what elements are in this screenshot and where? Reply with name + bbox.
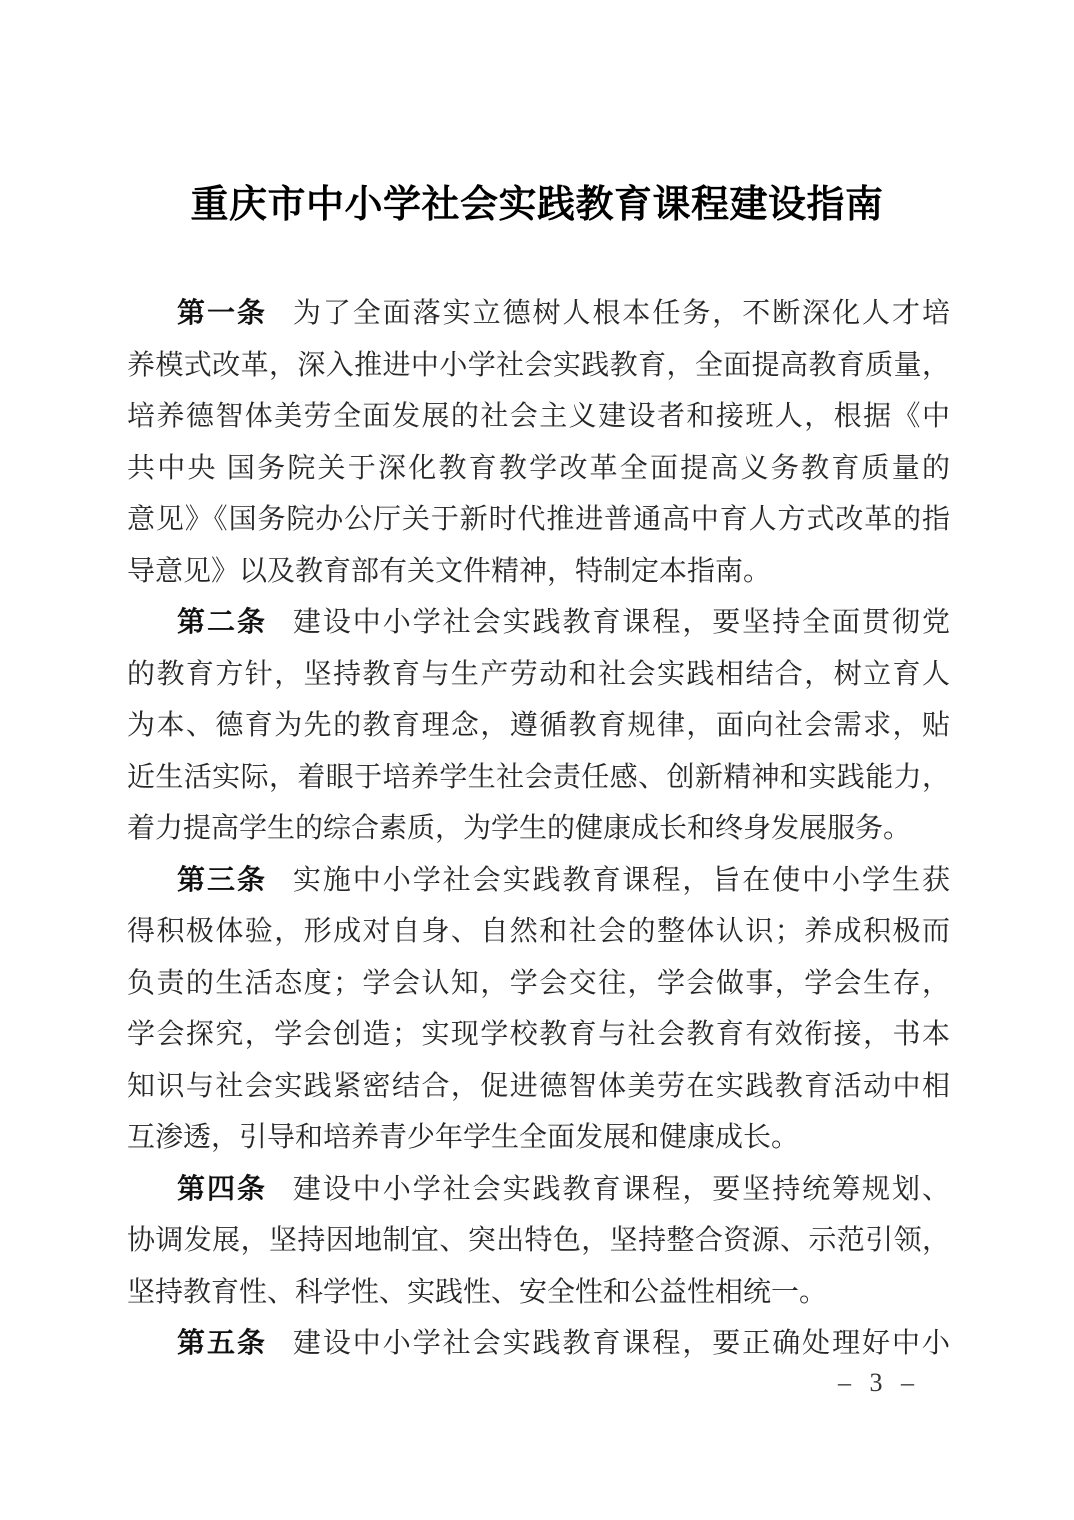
article-2-label: 第二条 bbox=[177, 607, 267, 638]
article-3-label: 第三条 bbox=[177, 865, 267, 896]
text-line: 负责的生活态度；学会认知，学会交往，学会做事，学会生存， bbox=[127, 958, 950, 1010]
article-4: 第四条建设中小学社会实践教育课程，要坚持统筹规划、 协调发展，坚持因地制宜、突出… bbox=[127, 1164, 950, 1319]
text-line: 培养德智体美劳全面发展的社会主义建设者和接班人，根据《中 bbox=[127, 391, 950, 443]
document-page: 重庆市中小学社会实践教育课程建设指南 第一条为了全面落实立德树人根本任务，不断深… bbox=[0, 0, 1074, 1520]
article-3: 第三条实施中小学社会实践教育课程，旨在使中小学生获 得积极体验，形成对自身、自然… bbox=[127, 855, 950, 1164]
text-line: 第一条为了全面落实立德树人根本任务，不断深化人才培 bbox=[127, 288, 950, 340]
text-line: 着力提高学生的综合素质，为学生的健康成长和终身发展服务。 bbox=[127, 803, 950, 855]
article-1-label: 第一条 bbox=[177, 298, 267, 329]
text-line: 第三条实施中小学社会实践教育课程，旨在使中小学生获 bbox=[127, 855, 950, 907]
text-line: 坚持教育性、科学性、实践性、安全性和公益性相统一。 bbox=[127, 1267, 950, 1319]
text-line: 第五条建设中小学社会实践教育课程，要正确处理好中小 bbox=[127, 1318, 950, 1370]
article-3-first-line-text: 实施中小学社会实践教育课程，旨在使中小学生获 bbox=[293, 865, 950, 896]
article-2-first-line-text: 建设中小学社会实践教育课程，要坚持全面贯彻党 bbox=[293, 607, 950, 638]
page-number: – 3 – bbox=[838, 1368, 920, 1398]
text-line: 协调发展，坚持因地制宜、突出特色，坚持整合资源、示范引领， bbox=[127, 1215, 950, 1267]
text-line: 学会探究，学会创造；实现学校教育与社会教育有效衔接，书本 bbox=[127, 1009, 950, 1061]
text-line: 为本、德育为先的教育理念，遵循教育规律，面向社会需求，贴 bbox=[127, 700, 950, 752]
text-line: 第二条建设中小学社会实践教育课程，要坚持全面贯彻党 bbox=[127, 597, 950, 649]
document-title: 重庆市中小学社会实践教育课程建设指南 bbox=[0, 182, 1074, 228]
article-5-first-line-text: 建设中小学社会实践教育课程，要正确处理好中小 bbox=[293, 1328, 950, 1359]
text-line: 养模式改革，深入推进中小学社会实践教育，全面提高教育质量， bbox=[127, 340, 950, 392]
article-4-first-line-text: 建设中小学社会实践教育课程，要坚持统筹规划、 bbox=[293, 1174, 950, 1205]
text-line: 的教育方针，坚持教育与生产劳动和社会实践相结合，树立育人 bbox=[127, 649, 950, 701]
article-4-label: 第四条 bbox=[177, 1174, 267, 1205]
text-line: 互渗透，引导和培养青少年学生全面发展和健康成长。 bbox=[127, 1112, 950, 1164]
article-1: 第一条为了全面落实立德树人根本任务，不断深化人才培 养模式改革，深入推进中小学社… bbox=[127, 288, 950, 597]
text-line: 知识与社会实践紧密结合，促进德智体美劳在实践教育活动中相 bbox=[127, 1061, 950, 1113]
text-line: 共中央 国务院关于深化教育教学改革全面提高义务教育质量的 bbox=[127, 443, 950, 495]
text-line: 导意见》以及教育部有关文件精神，特制定本指南。 bbox=[127, 546, 950, 598]
article-1-first-line-text: 为了全面落实立德树人根本任务，不断深化人才培 bbox=[293, 298, 950, 329]
text-line: 近生活实际，着眼于培养学生社会责任感、创新精神和实践能力， bbox=[127, 752, 950, 804]
article-5-label: 第五条 bbox=[177, 1328, 267, 1359]
article-5: 第五条建设中小学社会实践教育课程，要正确处理好中小 bbox=[127, 1318, 950, 1370]
article-2: 第二条建设中小学社会实践教育课程，要坚持全面贯彻党 的教育方针，坚持教育与生产劳… bbox=[127, 597, 950, 855]
text-line: 第四条建设中小学社会实践教育课程，要坚持统筹规划、 bbox=[127, 1164, 950, 1216]
document-body: 第一条为了全面落实立德树人根本任务，不断深化人才培 养模式改革，深入推进中小学社… bbox=[127, 288, 950, 1370]
text-line: 得积极体验，形成对自身、自然和社会的整体认识；养成积极而 bbox=[127, 906, 950, 958]
text-line: 意见》《国务院办公厅关于新时代推进普通高中育人方式改革的指 bbox=[127, 494, 950, 546]
